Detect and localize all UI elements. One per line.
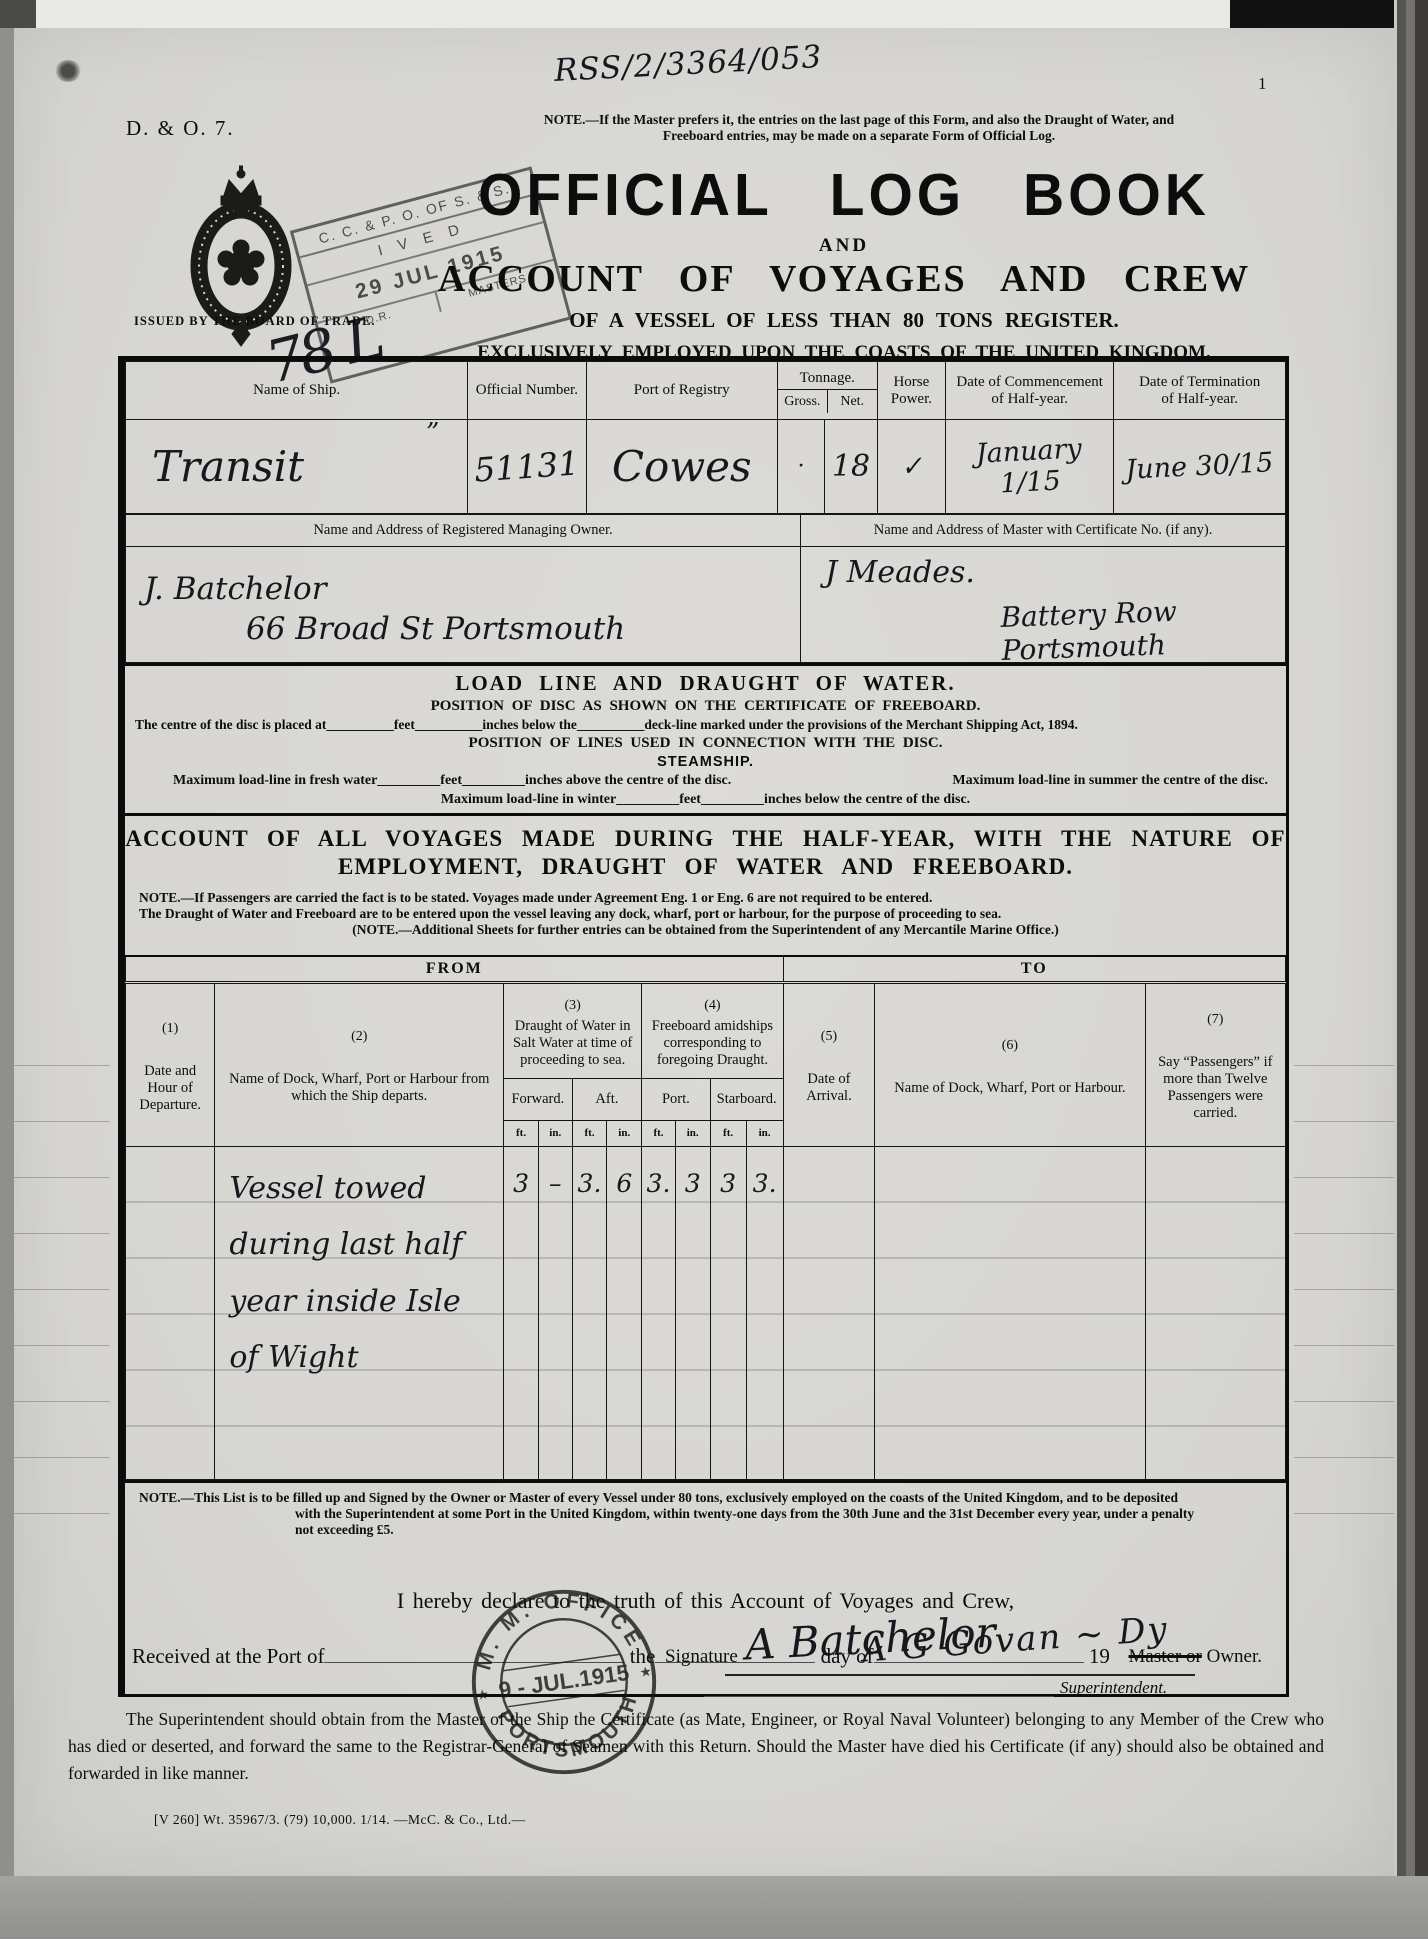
deposit-note-line2: with the Superintendent at some Port in … bbox=[125, 1506, 1286, 1522]
issued-by-line: ISSUED BY THE BOARD OF TRADE. bbox=[134, 314, 376, 329]
superintendent-rule bbox=[704, 1696, 1054, 1697]
col6-number: (6) bbox=[875, 1033, 1144, 1054]
fwd-in-value: – bbox=[539, 1147, 572, 1198]
header-official-number: Official Number. bbox=[468, 362, 586, 420]
fwd-ft-label: ft. bbox=[504, 1120, 539, 1146]
voyages-table: FROM TO (1) Date and Hour of Departure. … bbox=[125, 955, 1286, 1480]
scanned-log-book-page: { "page": { "number": "1", "ref": "RSS/2… bbox=[0, 0, 1428, 1939]
entry-port-ft: 3. bbox=[642, 1146, 676, 1479]
header-termination: Date of Termination of Half-year. bbox=[1114, 362, 1286, 420]
stamp-star-left-icon: ★ bbox=[476, 1687, 490, 1704]
scan-top-edge bbox=[0, 0, 1428, 28]
margin-ruled-lines-left bbox=[14, 1010, 110, 1530]
starboard-label: Starboard. bbox=[710, 1078, 783, 1120]
document-page: RSS/2/3364/053 1 D. & O. 7. NOTE.—If the… bbox=[14, 28, 1394, 1876]
handwritten-reference: RSS/2/3364/053 bbox=[553, 39, 823, 89]
position-of-lines-line: POSITION OF LINES USED IN CONNECTION WIT… bbox=[125, 735, 1286, 752]
port-label: Port. bbox=[642, 1078, 710, 1120]
entry-port-in: 3 bbox=[675, 1146, 710, 1479]
stamp-star-right-icon: ★ bbox=[639, 1664, 653, 1681]
col5-number: (5) bbox=[784, 1024, 875, 1045]
master-name: J Meades. bbox=[825, 555, 1285, 590]
value-gross-tonnage: · bbox=[777, 420, 825, 514]
fwd-ft-value: 3 bbox=[504, 1147, 538, 1198]
port-ft-label: ft. bbox=[642, 1120, 676, 1146]
col6-label: Name of Dock, Wharf, Port or Harbour. bbox=[875, 1080, 1144, 1097]
steamship-label: STEAMSHIP. bbox=[125, 754, 1286, 770]
col4-label: Freeboard amidships corresponding to for… bbox=[642, 1018, 782, 1069]
port-ft-value: 3. bbox=[642, 1147, 675, 1198]
fresh-water-line: Maximum load-line in fresh water________… bbox=[173, 773, 731, 789]
entry-line3: year inside Isle bbox=[215, 1274, 503, 1331]
value-official-number: 51131 bbox=[468, 420, 586, 514]
col1-header: (1) Date and Hour of Departure. bbox=[126, 982, 215, 1146]
net-label: Net. bbox=[828, 390, 877, 413]
header-port-of-registry: Port of Registry bbox=[586, 362, 777, 420]
master-value: J Meades. Battery Row Portsmouth bbox=[801, 547, 1286, 663]
hp-line1: Horse bbox=[878, 374, 945, 391]
aft-label: Aft. bbox=[572, 1078, 642, 1120]
winter-line: Maximum load-line in winter_________feet… bbox=[125, 792, 1286, 808]
commencement-text: January 1/15 bbox=[945, 431, 1115, 502]
col3-label: Draught of Water in Salt Water at time o… bbox=[504, 1018, 641, 1069]
deposit-note: NOTE.—This List is to be filled up and S… bbox=[125, 1480, 1286, 1578]
owner-address: 66 Broad St Portsmouth bbox=[246, 611, 800, 647]
summer-line: Maximum load-line in summer the centre o… bbox=[952, 773, 1268, 789]
aft-ft-label: ft. bbox=[572, 1120, 607, 1146]
hp-line2: Power. bbox=[878, 391, 945, 408]
account-heading-line2: EMPLOYMENT, DRAUGHT OF WATER AND FREEBOA… bbox=[125, 853, 1286, 881]
entry-stb-in: 3. bbox=[746, 1146, 783, 1479]
tonnage-label: Tonnage. bbox=[778, 368, 877, 390]
col4-header: (4) Freeboard amidships corresponding to… bbox=[642, 982, 783, 1078]
account-heading-line1: ACCOUNT OF ALL VOYAGES MADE DURING THE H… bbox=[125, 825, 1286, 853]
entry-aft-ft: 3. bbox=[572, 1146, 607, 1479]
stb-in-value: 3. bbox=[747, 1147, 783, 1198]
margin-ruled-lines-right bbox=[1294, 1010, 1394, 1530]
entry-to-port-cell bbox=[875, 1146, 1145, 1479]
col1-number: (1) bbox=[126, 1016, 214, 1037]
master-address: Battery Row Portsmouth bbox=[1000, 591, 1286, 667]
value-port-of-registry: Cowes bbox=[586, 420, 777, 514]
main-title: OFFICIAL LOG BOOK bbox=[264, 161, 1424, 230]
owner-master-table: Name and Address of Registered Managing … bbox=[125, 514, 1286, 663]
entry-fwd-ft: 3 bbox=[504, 1146, 539, 1479]
stb-ft-label: ft. bbox=[710, 1120, 746, 1146]
col5-header: (5) Date of Arrival. bbox=[783, 982, 875, 1146]
form-code: D. & O. 7. bbox=[126, 116, 235, 141]
fwd-in-label: in. bbox=[538, 1120, 572, 1146]
ship-name-text: Transit bbox=[152, 442, 304, 491]
aft-in-label: in. bbox=[607, 1120, 642, 1146]
owner-name: J. Batchelor bbox=[144, 571, 800, 607]
scan-bottom-edge bbox=[0, 1876, 1428, 1939]
col5-label: Date of Arrival. bbox=[784, 1071, 875, 1105]
hole-punch bbox=[54, 60, 82, 82]
value-ship-name: Transit ” bbox=[126, 420, 468, 514]
col7-label: Say “Passengers” if more than Twelve Pas… bbox=[1146, 1054, 1285, 1122]
horse-power-tick: ✓ bbox=[876, 448, 946, 485]
deposit-note-line1: NOTE.—This List is to be filled up and S… bbox=[125, 1490, 1286, 1506]
port-in-value: 3 bbox=[676, 1147, 710, 1198]
day-blank bbox=[655, 1640, 815, 1663]
port-in-label: in. bbox=[675, 1120, 710, 1146]
ship-details-table: Name of Ship. Official Number. Port of R… bbox=[125, 361, 1286, 514]
sub-title: ACCOUNT OF VOYAGES AND CREW bbox=[264, 257, 1424, 301]
col2-label: Name of Dock, Wharf, Port or Harbour fro… bbox=[215, 1071, 503, 1105]
vessel-line: OF A VESSEL OF LESS THAN 80 TONS REGISTE… bbox=[264, 308, 1424, 333]
superintendent-instructions: The Superintendent should obtain from th… bbox=[68, 1706, 1324, 1787]
entry-departure-cell bbox=[126, 1146, 215, 1479]
term-line1: Date of Termination bbox=[1114, 374, 1285, 391]
official-number-text: 51131 bbox=[467, 443, 587, 490]
col3-number: (3) bbox=[504, 993, 641, 1014]
received-prefix: Received at the Port of bbox=[132, 1644, 324, 1668]
signature-rule bbox=[725, 1674, 1195, 1676]
printer-imprint: [V 260] Wt. 35967/3. (79) 10,000. 1/14. … bbox=[154, 1812, 526, 1828]
comm-line1: Date of Commencement bbox=[946, 374, 1113, 391]
title-and: AND bbox=[264, 235, 1424, 257]
comm-line2: of Half-year. bbox=[946, 391, 1113, 408]
header-name-of-ship: Name of Ship. bbox=[126, 362, 468, 420]
scan-top-corner bbox=[0, 0, 36, 28]
account-note2: The Draught of Water and Freeboard are t… bbox=[125, 906, 1286, 922]
termination-text: June 30/15 bbox=[1114, 447, 1286, 487]
aft-ft-value: 3. bbox=[573, 1147, 607, 1198]
entry-remarks-cell: Vessel towed during last half year insid… bbox=[215, 1146, 504, 1479]
entry-line4: of Wight bbox=[215, 1330, 503, 1387]
term-line2: of Half-year. bbox=[1114, 391, 1285, 408]
form-outer-box: Name of Ship. Official Number. Port of R… bbox=[118, 356, 1289, 1697]
load-line-section: LOAD LINE AND DRAUGHT OF WATER. POSITION… bbox=[125, 663, 1286, 813]
col2-number: (2) bbox=[215, 1024, 503, 1045]
value-commencement: January 1/15 bbox=[946, 420, 1114, 514]
col6-header: (6) Name of Dock, Wharf, Port or Harbour… bbox=[875, 982, 1145, 1146]
account-heading-section: ACCOUNT OF ALL VOYAGES MADE DURING THE H… bbox=[125, 813, 1286, 955]
to-group-label: TO bbox=[783, 956, 1285, 982]
account-note1: NOTE.—If Passengers are carried the fact… bbox=[125, 890, 1286, 906]
value-termination: June 30/15 bbox=[1114, 420, 1286, 514]
load-line-title: LOAD LINE AND DRAUGHT OF WATER. bbox=[125, 671, 1286, 696]
header-tonnage: Tonnage. Gross. Net. bbox=[777, 362, 877, 420]
entry-fwd-in: – bbox=[538, 1146, 572, 1479]
col7-number: (7) bbox=[1146, 1007, 1285, 1028]
entry-stb-ft: 3 bbox=[710, 1146, 746, 1479]
owner-label: Name and Address of Registered Managing … bbox=[126, 515, 801, 547]
entry-passengers-cell bbox=[1145, 1146, 1285, 1479]
forward-label: Forward. bbox=[504, 1078, 572, 1120]
entry-arrival-cell bbox=[783, 1146, 875, 1479]
header-commencement: Date of Commencement of Half-year. bbox=[946, 362, 1114, 420]
col4-number: (4) bbox=[642, 993, 782, 1014]
col7-header: (7) Say “Passengers” if more than Twelve… bbox=[1145, 982, 1285, 1146]
stamp-center-date: 9 - JUL.1915 bbox=[497, 1660, 631, 1703]
deposit-note-line3: not exceeding £5. bbox=[125, 1522, 1286, 1538]
col3-header: (3) Draught of Water in Salt Water at ti… bbox=[504, 982, 642, 1078]
entry-line2: during last half bbox=[215, 1217, 503, 1274]
centre-of-disc-line: The centre of the disc is placed at_____… bbox=[125, 717, 1286, 733]
stb-in-label: in. bbox=[746, 1120, 783, 1146]
master-label: Name and Address of Master with Certific… bbox=[801, 515, 1286, 547]
declaration-text: I hereby declare to the truth of this Ac… bbox=[125, 1588, 1286, 1614]
title-block: OFFICIAL LOG BOOK AND ACCOUNT OF VOYAGES… bbox=[264, 124, 1424, 364]
value-net-tonnage: 18 bbox=[825, 420, 877, 514]
stb-ft-value: 3 bbox=[711, 1147, 746, 1198]
entry-line1: Vessel towed bbox=[215, 1147, 503, 1218]
from-group-label: FROM bbox=[126, 956, 784, 982]
col1-label: Date and Hour of Departure. bbox=[126, 1063, 214, 1114]
page-number: 1 bbox=[1258, 74, 1267, 94]
entry-aft-in: 6 bbox=[607, 1146, 642, 1479]
col2-header: (2) Name of Dock, Wharf, Port or Harbour… bbox=[215, 982, 504, 1146]
header-horse-power: Horse Power. bbox=[877, 362, 945, 420]
account-note3: (NOTE.—Additional Sheets for further ent… bbox=[125, 922, 1286, 938]
ship-name-quote: ” bbox=[426, 418, 439, 448]
value-horse-power: ✓ bbox=[877, 420, 945, 514]
superintendent-label: Superintendent. bbox=[1060, 1678, 1167, 1698]
gross-label: Gross. bbox=[778, 390, 828, 413]
aft-in-value: 6 bbox=[607, 1147, 641, 1198]
position-of-disc-line: POSITION OF DISC AS SHOWN ON THE CERTIFI… bbox=[125, 698, 1286, 715]
owner-value: J. Batchelor 66 Broad St Portsmouth bbox=[126, 547, 801, 663]
